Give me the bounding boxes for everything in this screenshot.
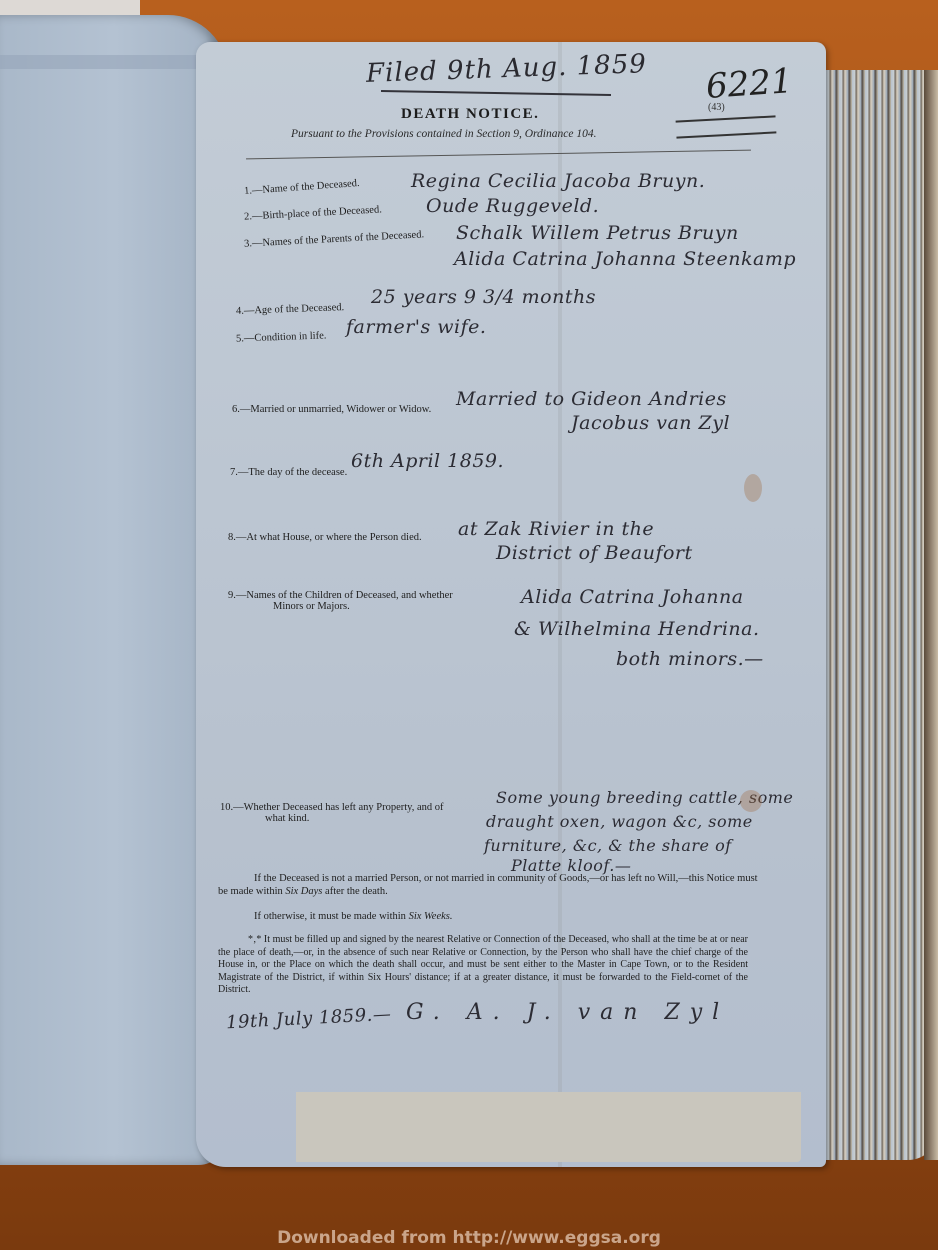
field-value-property-2: draught oxen, wagon &c, some [486, 812, 753, 831]
field-value-place-of-death-1: at Zak Rivier in the [458, 518, 654, 540]
field-label-parents: 3.—Names of the Parents of the Deceased. [244, 229, 425, 249]
field-value-parents-father: Schalk Willem Petrus Bruyn [456, 222, 739, 244]
reference-underline [676, 115, 777, 138]
field-label-children-line1: 9.—Names of the Children of Deceased, an… [228, 590, 453, 601]
field-value-property-3: furniture, &c, & the share of [484, 836, 732, 855]
page-number: (43) [708, 102, 725, 113]
paper-stain [744, 474, 762, 502]
field-value-age: 25 years 9 3/4 months [371, 286, 596, 308]
field-label-age: 4.—Age of the Deceased. [236, 302, 344, 317]
paper-patch [296, 1092, 801, 1162]
field-value-children-3: both minors.— [616, 648, 764, 670]
field-label-children: 9.—Names of the Children of Deceased, an… [228, 590, 453, 612]
field-value-children-1: Alida Catrina Johanna [521, 586, 744, 608]
field-value-spouse: Jacobus van Zyl [571, 412, 730, 434]
notice-line1-end: after the death. [325, 886, 388, 897]
field-label-property-line1: 10.—Whether Deceased has left any Proper… [220, 802, 444, 813]
signature-date: 19th July 1859.— [226, 1004, 392, 1034]
instructions-text: *‚* It must be filled up and signed by t… [218, 934, 748, 997]
notice-text-2: If otherwise, it must be made within Six… [254, 910, 453, 923]
filed-underline [381, 90, 611, 96]
header-rule [246, 150, 751, 160]
download-watermark: Downloaded from http://www.eggsa.org [0, 1228, 938, 1248]
field-label-property-line2: what kind. [220, 813, 444, 824]
field-label-place-of-death: 8.—At what House, or where the Person di… [228, 532, 422, 543]
notice-text-1: If the Deceased is not a married Person,… [218, 872, 758, 898]
left-book-page [0, 15, 228, 1165]
field-value-birthplace: Oude Ruggeveld. [426, 195, 599, 217]
field-value-children-2: & Wilhelmina Hendrina. [514, 618, 760, 640]
field-label-name: 1.—Name of the Deceased. [244, 178, 360, 197]
field-value-date-of-death: 6th April 1859. [351, 450, 504, 472]
notice-line1-emphasis: Six Days [285, 886, 322, 897]
field-label-property: 10.—Whether Deceased has left any Proper… [220, 802, 444, 824]
filed-annotation: Filed 9th Aug. 1859 [366, 49, 648, 89]
field-label-marital-status: 6.—Married or unmarried, Widower or Wido… [232, 404, 431, 415]
reference-number: 6221 [705, 61, 794, 107]
field-label-children-line2: Minors or Majors. [228, 601, 453, 612]
book-spine-edge [924, 70, 938, 1160]
page-edge-band [0, 55, 215, 69]
document-title: DEATH NOTICE. [401, 106, 539, 123]
field-label-date-of-death: 7.—The day of the decease. [230, 467, 347, 478]
field-value-condition: farmer's wife. [346, 316, 486, 338]
notice-line2-emphasis: Six Weeks. [409, 911, 453, 922]
paper-stain [740, 790, 762, 812]
field-value-name: Regina Cecilia Jacoba Bruyn. [411, 170, 705, 192]
field-value-marital-status: Married to Gideon Andries [456, 388, 727, 410]
signature: G. A. J. van Zyl [406, 1000, 729, 1025]
death-notice-sheet: Filed 9th Aug. 1859 6221 (43) DEATH NOTI… [196, 42, 826, 1167]
field-value-parents-mother: Alida Catrina Johanna Steenkamp [454, 248, 796, 270]
notice-line2: If otherwise, it must be made within [254, 911, 406, 922]
field-value-place-of-death-2: District of Beaufort [496, 542, 693, 564]
field-label-birthplace: 2.—Birth-place of the Deceased. [244, 204, 382, 222]
field-label-condition: 5.—Condition in life. [236, 330, 327, 344]
document-subtitle: Pursuant to the Provisions contained in … [291, 128, 596, 140]
